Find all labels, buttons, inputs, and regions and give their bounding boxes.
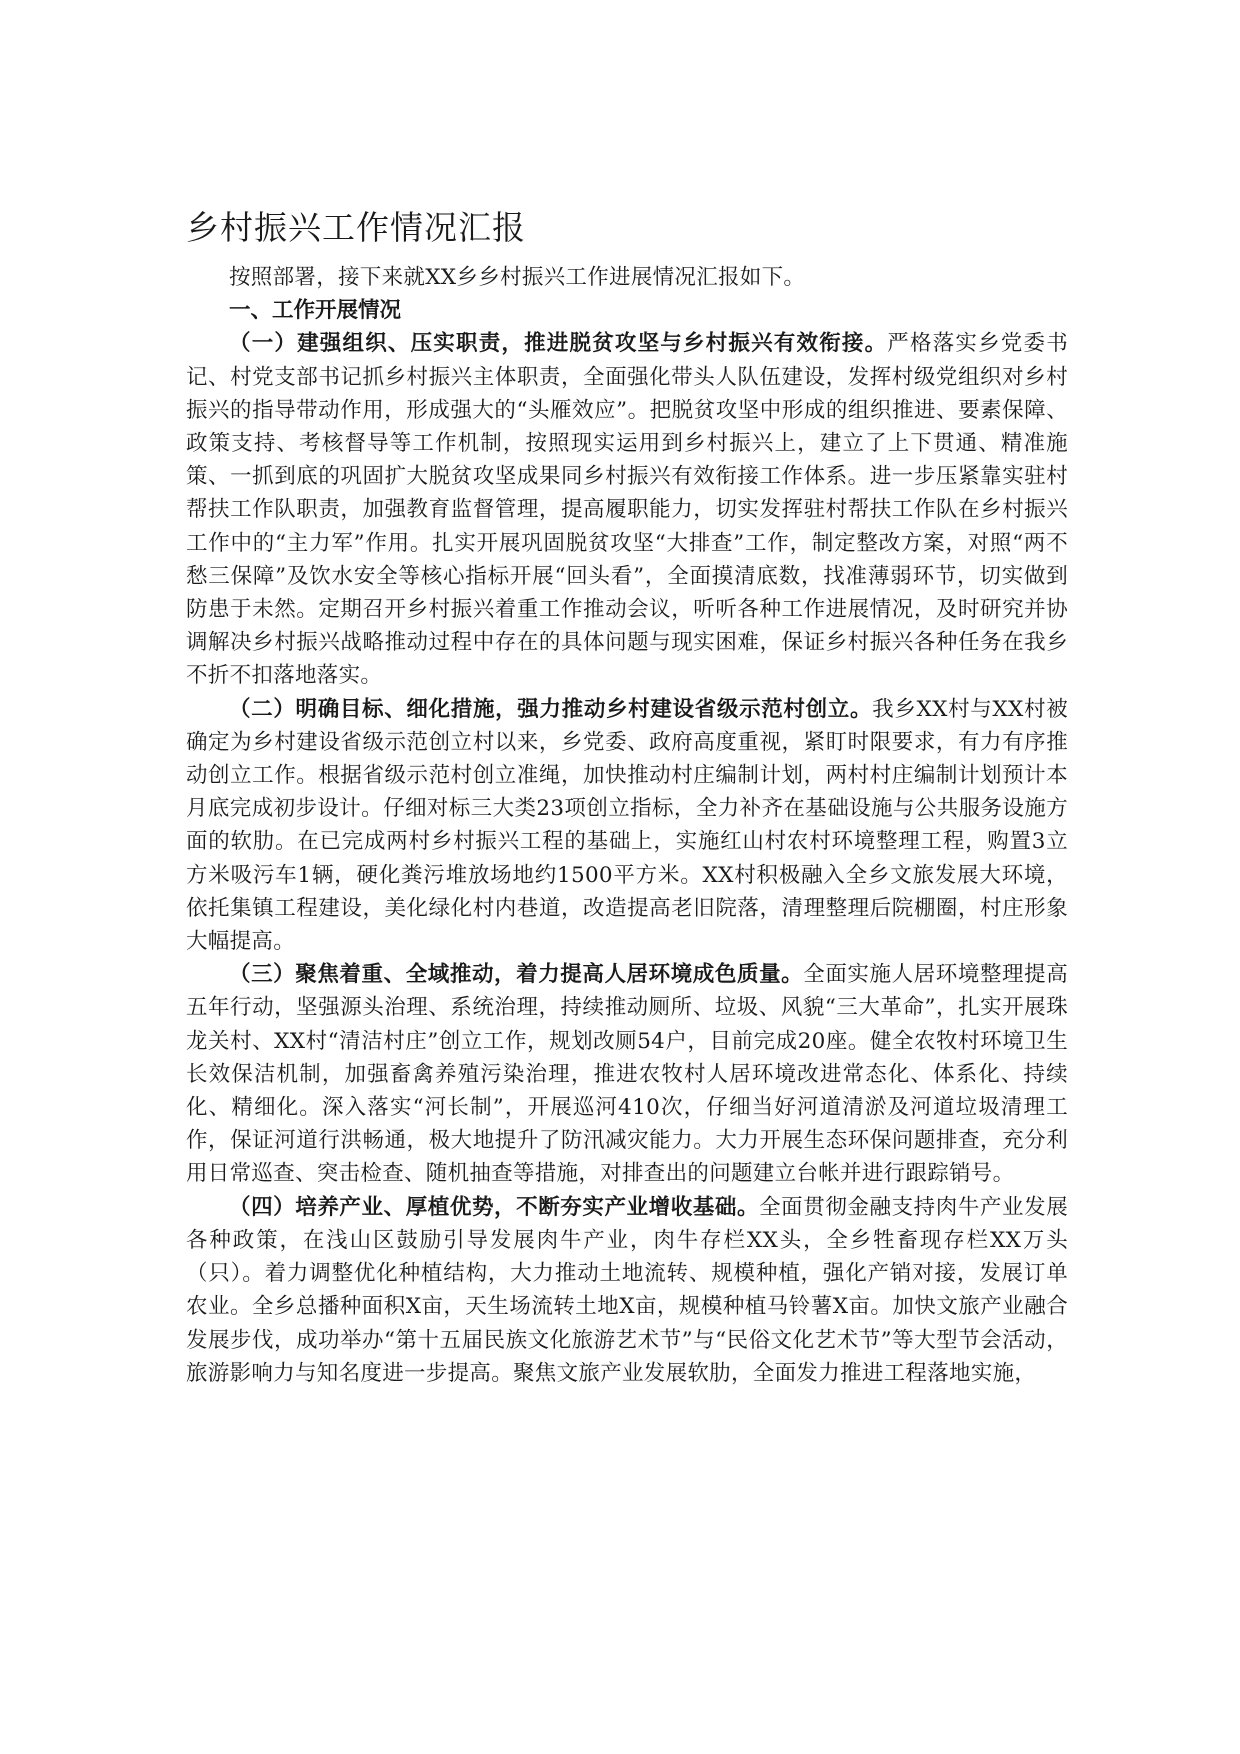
document-title: 乡村振兴工作情况汇报: [186, 205, 1068, 251]
document-page: 乡村振兴工作情况汇报 按照部署，接下来就XX乡乡村振兴工作进展情况汇报如下。 一…: [186, 205, 1068, 1390]
intro-paragraph: 按照部署，接下来就XX乡乡村振兴工作进展情况汇报如下。: [186, 261, 1068, 294]
paragraph-lead: （四）培养产业、厚植优势，不断夯实产业增收基础。: [229, 1195, 759, 1220]
paragraph-body: 全面实施人居环境整理提高五年行动，坚强源头治理、系统治理，持续推动厕所、垃圾、风…: [186, 962, 1068, 1186]
paragraph-3: （三）聚焦着重、全域推动，着力提高人居环境成色质量。全面实施人居环境整理提高五年…: [186, 958, 1068, 1190]
paragraph-lead: （三）聚焦着重、全域推动，着力提高人居环境成色质量。: [229, 962, 803, 987]
paragraph-1: （一）建强组织、压实职责，推进脱贫攻坚与乡村振兴有效衔接。严格落实乡党委书记、村…: [186, 327, 1068, 692]
paragraph-4: （四）培养产业、厚植优势，不断夯实产业增收基础。全面贯彻金融支持肉牛产业发展各种…: [186, 1191, 1068, 1390]
paragraph-body: 全面贯彻金融支持肉牛产业发展各种政策，在浅山区鼓励引导发展肉牛产业，肉牛存栏XX…: [186, 1195, 1068, 1386]
paragraph-body: 我乡XX村与XX村被确定为乡村建设省级示范创立村以来，乡党委、政府高度重视，紧盯…: [186, 697, 1068, 954]
section-heading: 一、工作开展情况: [186, 294, 1068, 327]
paragraph-2: （二）明确目标、细化措施，强力推动乡村建设省级示范村创立。我乡XX村与XX村被确…: [186, 693, 1068, 959]
paragraph-body: 严格落实乡党委书记、村党支部书记抓乡村振兴主体职责，全面强化带头人队伍建设，发挥…: [186, 331, 1068, 688]
paragraph-lead: （二）明确目标、细化措施，强力推动乡村建设省级示范村创立。: [229, 697, 872, 722]
paragraph-lead: （一）建强组织、压实职责，推进脱贫攻坚与乡村振兴有效衔接。: [229, 331, 887, 356]
